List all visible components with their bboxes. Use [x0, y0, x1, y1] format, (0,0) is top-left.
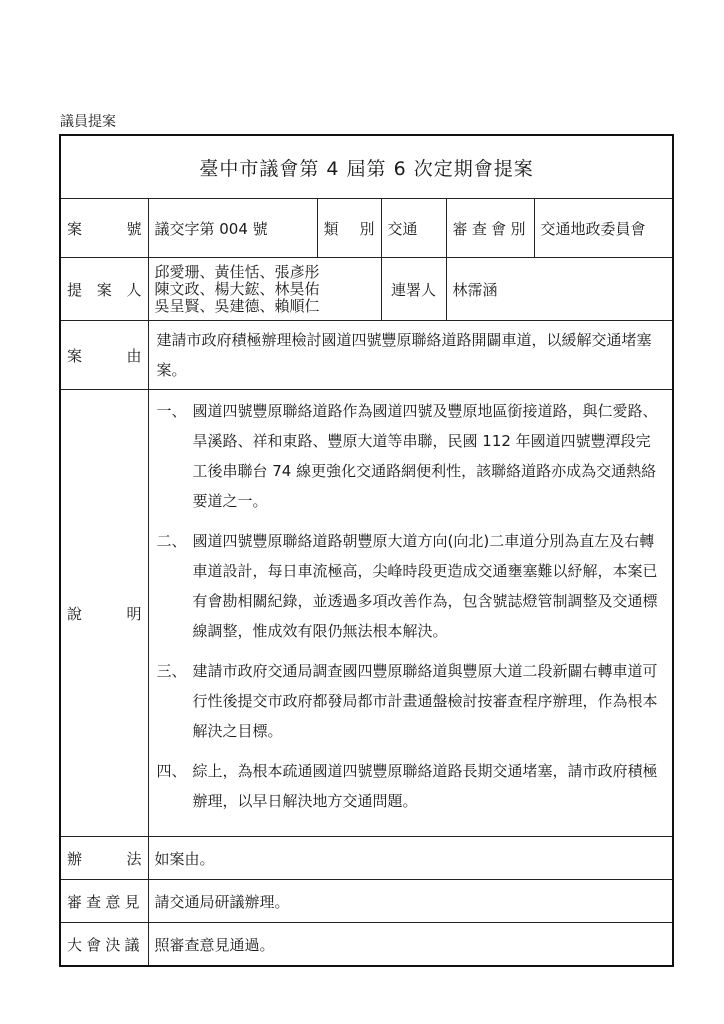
- review-opinion-value: 請交通局研議辦理。: [148, 880, 673, 923]
- description-body: 一、 國道四號豐原聯絡道路作為國道四號及豐原地區銜接道路，與仁愛路、旱溪路、祥和…: [148, 390, 673, 837]
- category-value: 交通: [381, 199, 446, 258]
- proposal-table: 臺中市議會第 4 屆第 6 次定期會提案 案 號 議交字第 004 號 類 別 …: [59, 134, 674, 967]
- review-opinion-label: 審查意見: [60, 880, 148, 923]
- case-number-value: 議交字第 004 號: [148, 199, 317, 258]
- proposers-list: 邱愛珊、黃佳恬、張彥彤 陳文政、楊大鋐、林昊佑 吳呈賢、吳建德、賴順仁: [148, 258, 381, 321]
- description-label: 說 明: [60, 390, 148, 837]
- description-item: 四、 綜上，為根本疏通國道四號豐原聯絡道路長期交通堵塞，請市政府積極辦理，以早日…: [157, 756, 665, 816]
- category-label: 類 別: [317, 199, 381, 258]
- method-label: 辦 法: [60, 837, 148, 880]
- cosigners-value: 林霈涵: [446, 258, 673, 321]
- proposers-line: 吳呈賢、吳建德、賴順仁: [155, 298, 375, 315]
- proposal-title: 臺中市議會第 4 屆第 6 次定期會提案: [60, 135, 673, 199]
- resolution-label: 大會決議: [60, 923, 148, 967]
- case-number-label: 案 號: [60, 199, 148, 258]
- method-value: 如案由。: [148, 837, 673, 880]
- reason-value: 建請市政府積極辦理檢討國道四號豐原聯絡道路開闢車道，以緩解交通堵塞案。: [148, 321, 673, 390]
- resolution-value: 照審查意見通過。: [148, 923, 673, 967]
- proposers-line: 邱愛珊、黃佳恬、張彥彤: [155, 264, 375, 281]
- description-item: 二、 國道四號豐原聯絡道路朝豐原大道方向(向北)二車道分別為直左及右轉車道設計，…: [157, 526, 665, 646]
- description-item: 三、 建請市政府交通局調查國四豐原聯絡道與豐原大道二段新闢右轉車道可行性後提交市…: [157, 656, 665, 746]
- proposers-line: 陳文政、楊大鋐、林昊佑: [155, 281, 375, 298]
- reason-label: 案 由: [60, 321, 148, 390]
- document-label: 議員提案: [60, 111, 116, 131]
- proposers-label: 提 案 人: [60, 258, 148, 321]
- review-committee-value: 交通地政委員會: [534, 199, 673, 258]
- cosigners-label: 連署人: [381, 258, 446, 321]
- review-committee-label: 審查會別: [446, 199, 534, 258]
- description-item: 一、 國道四號豐原聯絡道路作為國道四號及豐原地區銜接道路，與仁愛路、旱溪路、祥和…: [157, 396, 665, 516]
